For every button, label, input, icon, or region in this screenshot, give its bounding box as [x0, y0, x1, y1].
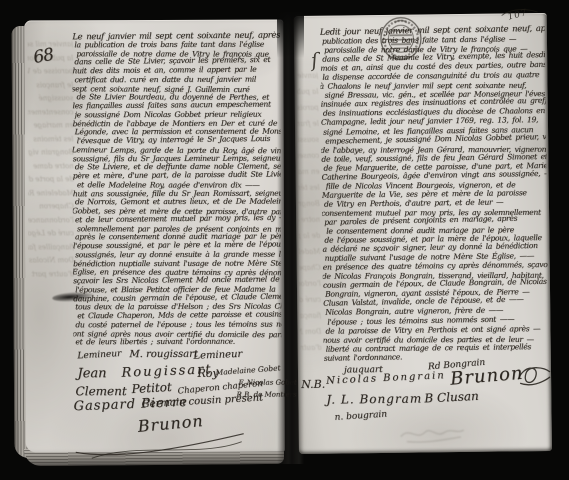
signature-m-rougissart: M. rougissart — [129, 349, 198, 360]
scanned-register-photo: janvier mil septla publication des bansp… — [0, 0, 569, 480]
bleedthrough-line: consentement mutuel — [28, 106, 74, 120]
handwriting-line: et Claude Chaperon, Mds de cette paroiss… — [77, 310, 281, 321]
bleedthrough-left-margin: janvier mil septla publication des bansp… — [27, 38, 74, 446]
signature-jean: Jean — [77, 366, 106, 381]
bleedthrough-line: l'ordonnance — [28, 214, 74, 228]
bleedthrough-line: fiançailles faites — [28, 241, 74, 255]
handwriting-line: les fiançailles aussi faites sans aucun … — [73, 100, 281, 111]
bleedthrough-line: Chaperon — [28, 200, 74, 214]
folio-number: 68 — [32, 45, 55, 68]
handwriting-line: bénédiction nuptialle suivant l'usage de… — [73, 259, 281, 268]
handwriting-line: l'épouse soussigné, et par le père et la… — [73, 240, 281, 251]
bleedthrough-line: Madeleine Roy — [28, 187, 74, 201]
handwriting-line: sçavoir les Srs Nicolas Clement Md oncle… — [73, 275, 281, 286]
handwriting-line: Lemineur Lemps, garde de la porte du Roy… — [72, 146, 280, 156]
handwriting-line: et delle Madeleine Roy, aagée d'environ … — [77, 181, 281, 190]
ghost-signature-bleedthrough — [397, 422, 467, 445]
handwriting-line: ont signé après nous avoir certifié du d… — [72, 330, 281, 340]
bleedthrough-line: soussigné — [27, 92, 73, 106]
right-page: janvier mil septla publication des bansp… — [294, 13, 552, 454]
signature-clement: Clement — [76, 384, 127, 398]
bleedthrough-line: les témoins — [28, 133, 74, 147]
bleedthrough-line: curé de Légonde — [28, 227, 74, 241]
folio-corner-flourish — [500, 7, 540, 17]
handwriting-line: père et mère, d'une part, de la paroisse… — [73, 170, 281, 181]
handwriting-line: fille de Nicolas Vincent Bourgeois, vign… — [326, 180, 547, 191]
handwriting-line: nous avoir certifié du domicile des part… — [323, 334, 549, 344]
bleedthrough-line: de la porte du Roy — [28, 173, 74, 187]
handwriting-line: et de leur consentement mutuel par moy p… — [75, 214, 281, 225]
handwritten-act-left: Le neuf janvier mil sept cent soixante n… — [72, 32, 281, 351]
handwriting-line: l'évesque de Vitry, ay interrogé le Sr J… — [77, 135, 281, 146]
handwriting-line: du costé paternel de l'épouse ; tous les… — [75, 320, 281, 329]
left-page: janvier mil septla publication des bansp… — [24, 20, 285, 453]
bleedthrough-line: le françois — [27, 79, 73, 93]
handwriting-line: de Vitry en Perthois, d'autre part, et d… — [324, 197, 547, 209]
bleedthrough-line: Dom Nicolas Gobbet — [28, 254, 74, 268]
signature-flourish-left — [74, 428, 249, 463]
bleedthrough-line: d'autre part — [28, 268, 74, 282]
handwriting-line: dauphine, cousin germain de l'épouse, et… — [73, 292, 281, 303]
handwriting-line: certificat dud. curé en datte du neuf ja… — [74, 75, 280, 84]
handwriting-line: huit des dits mois et an, comme il apper… — [72, 65, 280, 76]
book-gutter-shadow — [277, 12, 304, 464]
handwritten-act-right: Ledit jour neuf janvier mil sept cent so… — [320, 25, 549, 366]
handwriting-line: le consentement donné audit mariage par … — [326, 225, 547, 236]
signature-nb-initials: N.B. — [301, 378, 325, 391]
signature-jl-bongram: J. L. Bongram — [326, 391, 422, 406]
signature-paraph-loops — [516, 363, 552, 389]
signature-b-clusan: B Clusan — [424, 389, 479, 406]
gutter-top-shadow — [277, 12, 304, 58]
handwriting-line: solemnellement par paroles de présent co… — [77, 225, 281, 234]
bleedthrough-line: en mariage — [28, 119, 74, 133]
signature-lemineur-2: Lemineur — [193, 349, 242, 362]
signature-petitot: Petitot — [131, 380, 172, 396]
handwriting-line: la publication de trois bans faite tant … — [74, 40, 280, 49]
bleedthrough-line: Bongrain vigneron — [28, 146, 74, 160]
handwriting-line: de Norrois, Gemont et autres lieux, et d… — [75, 198, 281, 207]
handwriting-line: de l'abbaye, ay interrogé Jean Gérard, m… — [320, 144, 546, 154]
bleedthrough-line: notre dame — [28, 160, 74, 174]
